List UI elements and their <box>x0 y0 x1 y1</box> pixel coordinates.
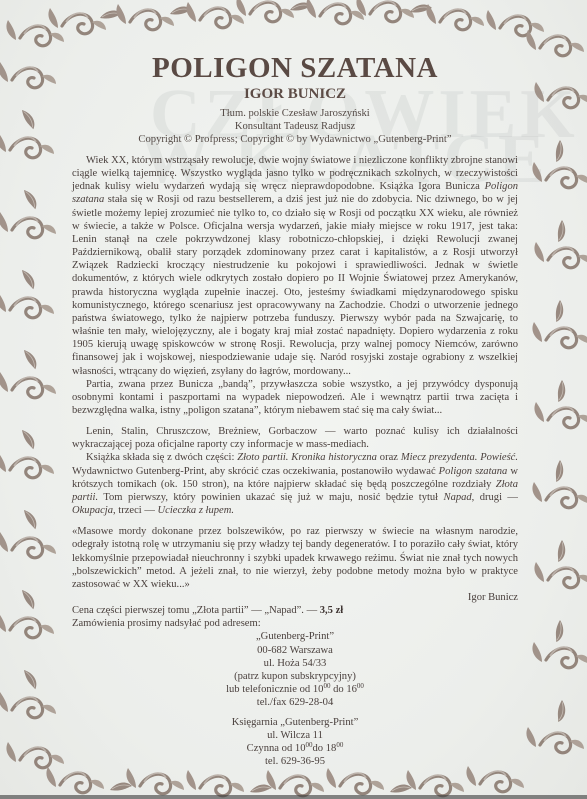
bookstore-hours: Czynna od 1000do 1800 <box>72 742 518 755</box>
article-body: Wiek XX, którym wstrząsały rewolucje, dw… <box>72 154 518 630</box>
superscript: 00 <box>336 741 343 749</box>
bookstore-address: Księgarnia „Gutenberg-Print” ul. Wilcza … <box>72 716 518 769</box>
text-run: Książka składa się z dwóch części: <box>86 452 237 463</box>
superscript: 00 <box>306 741 313 749</box>
italic-text: Ucieczka z łupem. <box>158 505 234 516</box>
text-run: stała się w Rosji od razu bestsellerem, … <box>72 194 518 376</box>
text-run: , drugi — <box>472 492 518 503</box>
text-run: Czynna od 10 <box>247 743 306 754</box>
paragraph-party: Partia, zwana przez Bunicza „bandą”, prz… <box>72 378 518 417</box>
spacer <box>72 417 518 425</box>
copyright-notice: Copyright © Profpress; Copyright © by Wy… <box>72 133 518 146</box>
paragraph-leaders: Lenin, Stalin, Chruszczow, Breżniew, Gor… <box>72 425 518 451</box>
book-title: POLIGON SZATANA <box>72 52 518 84</box>
price-line: Cena części pierwszej tomu „Złota partii… <box>72 604 518 617</box>
spacer <box>72 517 518 525</box>
page-content: POLIGON SZATANA IGOR BUNICZ Tłum. polski… <box>72 52 518 769</box>
orders-intro: Zamówienia prosimy nadsyłać pod adresem: <box>72 617 518 630</box>
bookstore-street: ul. Wilcza 11 <box>72 729 518 742</box>
book-author: IGOR BUNICZ <box>72 85 518 103</box>
italic-text: Napad <box>444 492 472 503</box>
italic-text: Złoto partii. Kronika historyczna <box>237 452 377 463</box>
author-quote: «Masowe mordy dokonane przez bolszewików… <box>72 525 518 604</box>
superscript: 00 <box>357 682 364 690</box>
price-label: Cena części pierwszej tomu „Złota partii… <box>72 605 320 616</box>
paragraph-volumes: Książka składa się z dwóch części: Złoto… <box>72 451 518 517</box>
text-run: , trzeci — <box>113 505 158 516</box>
text-run: do 18 <box>313 743 337 754</box>
text-run: oraz <box>377 452 401 463</box>
bookstore-phone: tel. 629-36-95 <box>72 755 518 768</box>
text-run: Wiek XX, którym wstrząsały rewolucje, dw… <box>72 155 518 192</box>
text-run: do 16 <box>330 684 356 695</box>
publisher-street: ul. Hoża 54/33 <box>72 657 518 670</box>
italic-text: Miecz prezydenta. Powieść. <box>401 452 518 463</box>
publisher-telfax: tel./fax 629-28-04 <box>72 696 518 709</box>
quote-signature: Igor Bunicz <box>72 591 518 604</box>
italic-text: Okupacja <box>72 505 113 516</box>
consultant-credit: Konsultant Tadeusz Radjusz <box>72 120 518 133</box>
publisher-city: 00-682 Warszawa <box>72 644 518 657</box>
publisher-name: „Gutenberg-Print” <box>72 630 518 643</box>
paragraph-intro: Wiek XX, którym wstrząsały rewolucje, dw… <box>72 154 518 378</box>
translator-credit: Tłum. polskie Czesław Jaroszyński <box>72 107 518 120</box>
phone-hours: lub telefonicznie od 1000 do 1600 <box>72 683 518 696</box>
text-run: lub telefonicznie od 10 <box>226 684 323 695</box>
scanned-page: CZŁOWIEK W KLATCE <box>0 0 587 799</box>
bookstore-name: Księgarnia „Gutenberg-Print” <box>72 716 518 729</box>
publisher-address: „Gutenberg-Print” 00-682 Warszawa ul. Ho… <box>72 630 518 709</box>
quote-text: «Masowe mordy dokonane przez bolszewików… <box>72 525 518 591</box>
price-value: 3,5 zł <box>320 605 343 616</box>
text-run: Tom pierwszy, który powinien ukazać się … <box>98 492 443 503</box>
text-run: Wydawnictwo Gutenberg-Print, aby skrócić… <box>72 466 439 477</box>
subscription-note: (patrz kupon subskrypcyjny) <box>72 670 518 683</box>
italic-text: Poligon szatana <box>439 466 508 477</box>
